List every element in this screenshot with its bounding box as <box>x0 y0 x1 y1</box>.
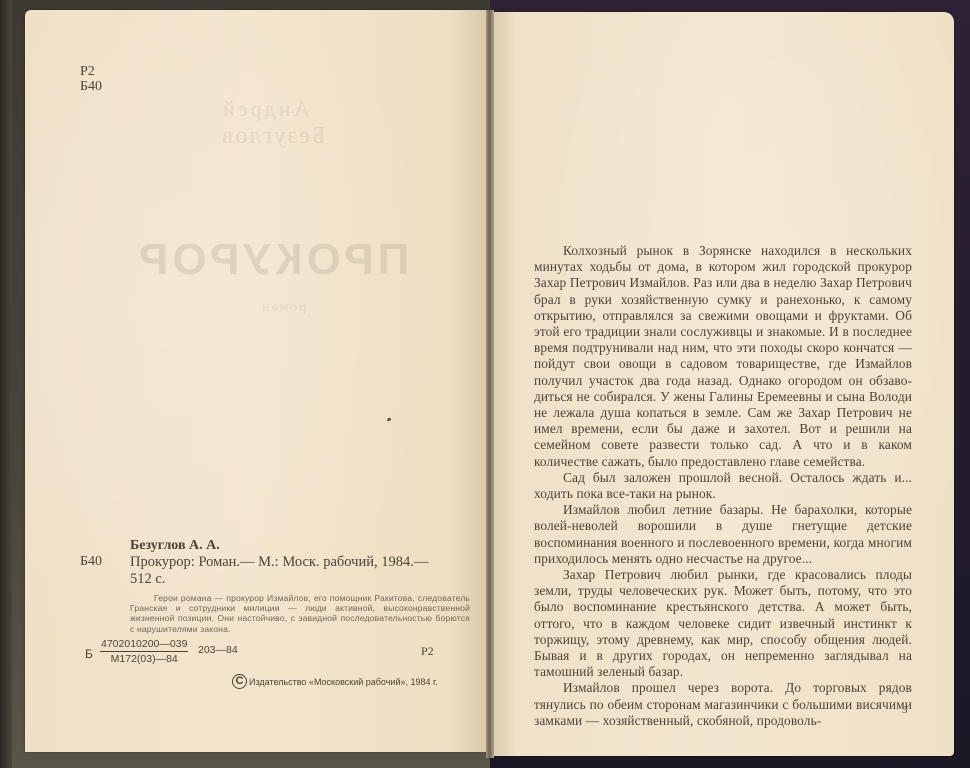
cover-edge <box>0 0 12 768</box>
show-through-author-last: Безуглов <box>220 123 326 150</box>
paper-speck <box>387 417 392 422</box>
code-suffix: 203—84 <box>198 644 238 656</box>
book-spine <box>486 10 494 758</box>
catalog-title: Прокурор: Роман.— М.: Моск. рабочий, 198… <box>130 554 428 571</box>
show-through-subtitle: роман <box>260 300 306 316</box>
code-bbk: Р2 <box>421 644 434 659</box>
left-page: Р2 Б40 Андрей Безуглов ПРОКУРОР роман Бе… <box>25 10 488 752</box>
copyright-icon: C <box>232 674 247 689</box>
catalog-index: Б40 <box>80 554 102 570</box>
bbk-codes: Р2 Б40 <box>80 64 102 94</box>
paragraph: Измайлов любил летние базары. Не барахол… <box>534 502 912 567</box>
paragraph: Измайлов прошел через ворота. До торговы… <box>534 680 912 729</box>
catalog-author: Безуглов А. А. <box>130 538 220 554</box>
right-page: Колхозный рынок в Зорянске находился в н… <box>494 12 954 756</box>
bbk-code: Р2 <box>80 64 102 79</box>
show-through-author-first: Андрей <box>220 96 309 122</box>
code-fraction: 4702010200—039 М172(03)—84 <box>100 638 188 665</box>
paragraph: Сад был заложен прошлой весной. Осталось… <box>534 470 912 502</box>
show-through-title: ПРОКУРОР <box>135 235 409 285</box>
copyright-line: C Издательство «Московский рабочий», 198… <box>232 674 438 689</box>
chapter-text: Колхозный рынок в Зорянске находился в н… <box>534 243 912 729</box>
bbk-code: Б40 <box>80 79 102 94</box>
code-denominator: М172(03)—84 <box>111 652 178 665</box>
publication-code: Б 4702010200—039 М172(03)—84 203—84 Р2 <box>80 635 490 669</box>
paragraph: Колхозный рынок в Зорянске находился в н… <box>534 243 912 470</box>
page-number: 3 <box>902 704 908 716</box>
catalog-pages: 512 с. <box>130 571 165 588</box>
paragraph: Захар Петрович любил рынки, где красовал… <box>534 567 912 680</box>
catalog-annotation: Герои романа — прокурор Измайлов, его по… <box>130 593 470 634</box>
copyright-text: Издательство «Московский рабочий», 1984 … <box>249 677 438 687</box>
code-letter: Б <box>85 647 93 661</box>
code-numerator: 4702010200—039 <box>100 638 188 652</box>
